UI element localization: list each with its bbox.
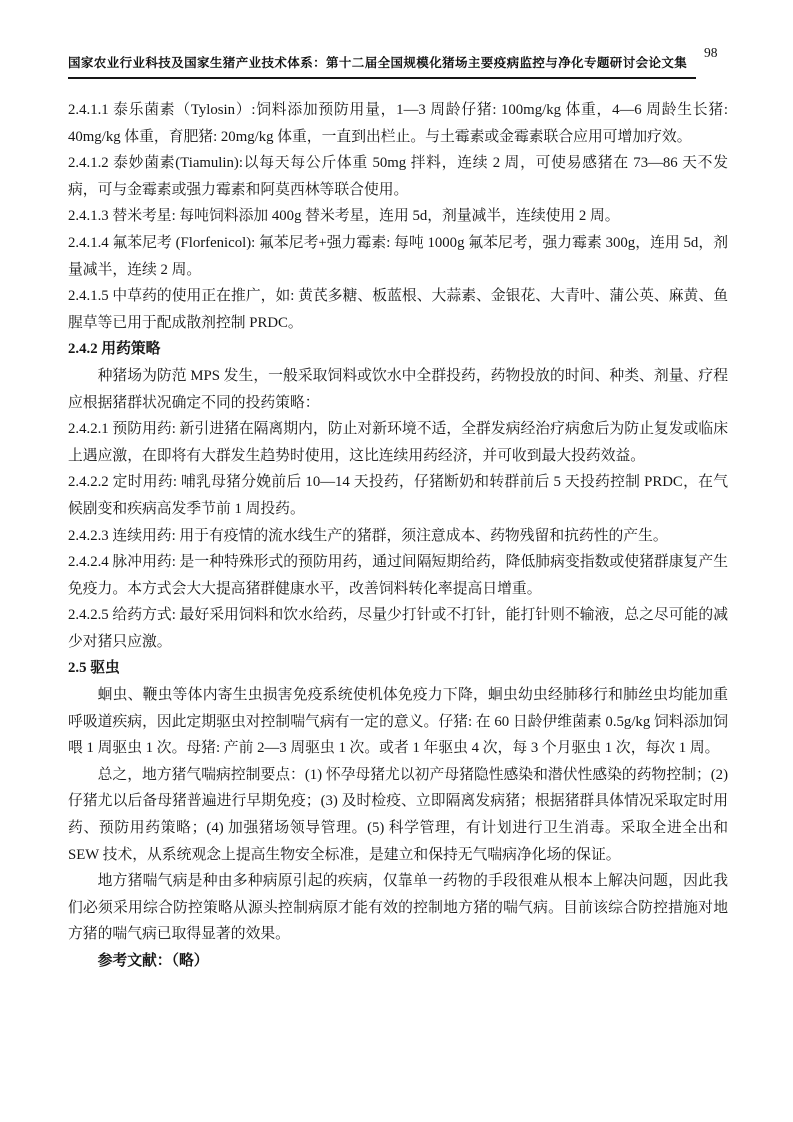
document-body: 2.4.1.1 泰乐菌素（Tylosin）:饲料添加预防用量，1—3 周龄仔猪:…	[68, 97, 728, 975]
paragraph-2-4-1-2: 2.4.1.2 泰妙菌素(Tiamulin):以每天每公斤体重 50mg 拌料，…	[68, 150, 728, 203]
paragraph-2-4-2-3: 2.4.2.3 连续用药: 用于有疫情的流水线生产的猪群，须注意成本、药物残留和…	[68, 523, 728, 550]
page-number: 98	[704, 45, 718, 61]
section-heading-2-5: 2.5 驱虫	[68, 655, 728, 682]
paragraph-2-4-2-2: 2.4.2.2 定时用药: 哺乳母猪分娩前后 10—14 天投药，仔猪断奶和转群…	[68, 469, 728, 522]
header-rule	[68, 77, 696, 79]
paragraph-2-4-1-1: 2.4.1.1 泰乐菌素（Tylosin）:饲料添加预防用量，1—3 周龄仔猪:…	[68, 97, 728, 150]
paragraph-2-4-2-intro: 种猪场为防范 MPS 发生，一般采取饲料或饮水中全群投药，药物投放的时间、种类、…	[68, 363, 728, 416]
document-page: 国家农业行业科技及国家生猪产业技术体系：第十二届全国规模化猪场主要疫病监控与净化…	[0, 0, 793, 1122]
paragraph-2-4-1-5: 2.4.1.5 中草药的使用正在推广，如: 黄芪多糖、板蓝根、大蒜素、金银花、大…	[68, 283, 728, 336]
section-heading-2-4-2: 2.4.2 用药策略	[68, 336, 728, 363]
paragraph-2-4-2-4: 2.4.2.4 脉冲用药: 是一种特殊形式的预防用药，通过间隔短期给药，降低肺病…	[68, 549, 728, 602]
paragraph-2-4-2-1: 2.4.2.1 预防用药: 新引进猪在隔离期内，防止对新环境不适，全群发病经治疗…	[68, 416, 728, 469]
paragraph-2-5-deworming: 蛔虫、鞭虫等体内寄生虫损害免疫系统使机体免疫力下降，蛔虫幼虫经肺移行和肺丝虫均能…	[68, 682, 728, 762]
running-header-title: 国家农业行业科技及国家生猪产业技术体系：第十二届全国规模化猪场主要疫病监控与净化…	[68, 53, 668, 71]
paragraph-2-5-conclusion: 地方猪喘气病是种由多种病原引起的疾病，仅靠单一药物的手段很难从根本上解决问题，因…	[68, 868, 728, 948]
paragraph-2-4-1-3: 2.4.1.3 替米考星: 每吨饲料添加 400g 替米考星，连用 5d，剂量减…	[68, 203, 728, 230]
references-heading: 参考文献：（略）	[68, 948, 728, 975]
paragraph-2-4-2-5: 2.4.2.5 给药方式: 最好采用饲料和饮水给药，尽量少打针或不打针，能打针则…	[68, 602, 728, 655]
paragraph-2-4-1-4: 2.4.1.4 氟苯尼考 (Florfenicol): 氟苯尼考+强力霉素: 每…	[68, 230, 728, 283]
paragraph-2-5-summary: 总之，地方猪气喘病控制要点：(1) 怀孕母猪尤以初产母猪隐性感染和潜伏性感染的药…	[68, 762, 728, 868]
